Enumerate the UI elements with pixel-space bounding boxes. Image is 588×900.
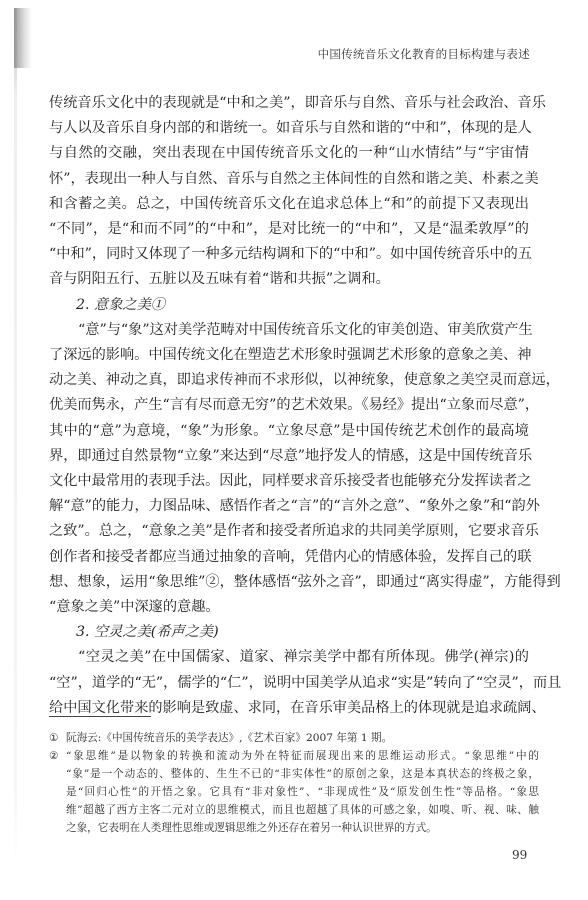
footnote-text-line: “象”是一个动态的、整体的、生生不已的“非实体性”的原创之象，这是本真状态的终极… [49, 765, 539, 783]
footnote-text-line: 是“回归心性”的开悟之象。它具有“非对象性”、“非现成性”及“原发创生性”等品格… [49, 783, 539, 801]
paragraph-line: “空灵之美”在中国儒家、道家、禅宗美学中都有所体现。佛学(禅宗)的 [49, 645, 529, 670]
paragraph-line: 之致”。总之，“意象之美”是作者和接受者所追求的共同美学原则，它要求音乐 [49, 519, 529, 544]
page-gutter-shadow [14, 8, 32, 68]
paragraph-line: 文化中最常用的表现手法。因此，同样要求音乐接受者也能够充分发挥读者之 [49, 469, 529, 494]
paragraph-line: 动之美、神动之真，即追求传神而不求形似，以神统象，使意象之美空灵而意远， [49, 368, 529, 393]
footnotes: ①阮海云:《中国传统音乐的美学表达》,《艺术百家》2007 年第 1 期。 ②“… [49, 729, 539, 837]
paragraph-line: “中和”，同时又体现了一种多元结构调和下的“中和”。如中国传统音乐中的五 [49, 242, 529, 267]
footnote-2: ②“象思维”是以物象的转换和流动为外在特征而展现出来的思维运动形式。“象思维”中… [49, 747, 539, 765]
page-number: 99 [512, 848, 527, 862]
footnote-divider [49, 716, 151, 717]
section-heading-3: 3. 空灵之美(希声之美) [49, 620, 529, 645]
footnote-text-line: 维”超越了西方主客二元对立的思维模式，而且也超越了具体的可感之象，如嗅、听、视、… [49, 801, 539, 819]
paragraph-line: 与人以及音乐自身内部的和谐统一。如音乐与自然和谐的“中和”，体现的是人 [49, 116, 529, 141]
footnote-text-line: 之象，它表明在人类理性思维或逻辑思维之外还存在着另一种认识世界的方式。 [49, 819, 539, 837]
paragraph-line: “空”，道学的“无”，儒学的“仁”，说明中国美学从追求“实是”转向了“空灵”，而… [49, 671, 529, 696]
paragraph-line: 传统音乐文化中的表现就是“中和之美”，即音乐与自然、音乐与社会政治、音乐 [49, 91, 529, 116]
footnote-text: 阮海云:《中国传统音乐的美学表达》,《艺术百家》2007 年第 1 期。 [66, 732, 392, 744]
paragraph-line: 和含蓄之美。总之，中国传统音乐文化在追求总体上“和”的前提下又表现出 [49, 192, 529, 217]
paragraph-line: 怀”，表现出一种人与自然、音乐与自然之主体间性的自然和谐之美、朴素之美 [49, 167, 529, 192]
paragraph-line: 想、想象，运用“象思维”②，整体感悟“弦外之音”，即通过“离实得虚”，方能得到 [49, 570, 529, 595]
paragraph-line: “意象之美”中深邃的意趣。 [49, 595, 529, 620]
paragraph-line: 界，即通过自然景物“立象”来达到“尽意”地抒发人的情感，这是中国传统音乐 [49, 444, 529, 469]
paragraph-line: 创作者和接受者都应当通过抽象的音响，凭借内心的情感体验，发挥自己的联 [49, 545, 529, 570]
paragraph-line: 给中国文化带来的影响是致虚、求同，在音乐审美品格上的体现就是追求疏阔、 [49, 696, 529, 721]
paragraph-line: 优美而隽永，产生“言有尽而意无穷”的艺术效果。《易经》提出“立象而尽意”， [49, 393, 529, 418]
paragraph-line: 了深远的影响。中国传统文化在塑造艺术形象时强调艺术形象的意象之美、神 [49, 343, 529, 368]
footnote-text: “象思维”是以物象的转换和流动为外在特征而展现出来的思维运动形式。“象思维”中的 [66, 750, 539, 762]
footnote-1: ①阮海云:《中国传统音乐的美学表达》,《艺术百家》2007 年第 1 期。 [49, 729, 539, 747]
footnote-marker: ① [49, 729, 66, 747]
running-head: 中国传统音乐文化教育的目标构建与表述 [318, 46, 530, 62]
page-gutter-edge [14, 8, 17, 868]
paragraph-line: 与自然的交融，突出表现在中国传统音乐文化的一种“山水情结”与“宇宙情 [49, 141, 529, 166]
footnote-marker: ② [49, 747, 66, 765]
paragraph-line: 解“意”的能力，力图品味、感悟作者之“言”的“言外之意”、“象外之象”和“韵外 [49, 494, 529, 519]
paragraph-line: 其中的“意”为意境，“象”为形象。“立象尽意”是中国传统艺术创作的最高境 [49, 419, 529, 444]
paragraph-line: “不同”，是“和而不同”的“中和”，是对比统一的“中和”，又是“温柔敦厚”的 [49, 217, 529, 242]
section-heading-2: 2. 意象之美① [49, 293, 529, 318]
body-text: 传统音乐文化中的表现就是“中和之美”，即音乐与自然、音乐与社会政治、音乐 与人以… [49, 91, 529, 721]
paragraph-line: 音与阴阳五行、五脏以及五味有着“谐和共振”之调和。 [49, 267, 529, 292]
paragraph-line: “意”与“象”这对美学范畴对中国传统音乐文化的审美创造、审美欣赏产生 [49, 318, 529, 343]
